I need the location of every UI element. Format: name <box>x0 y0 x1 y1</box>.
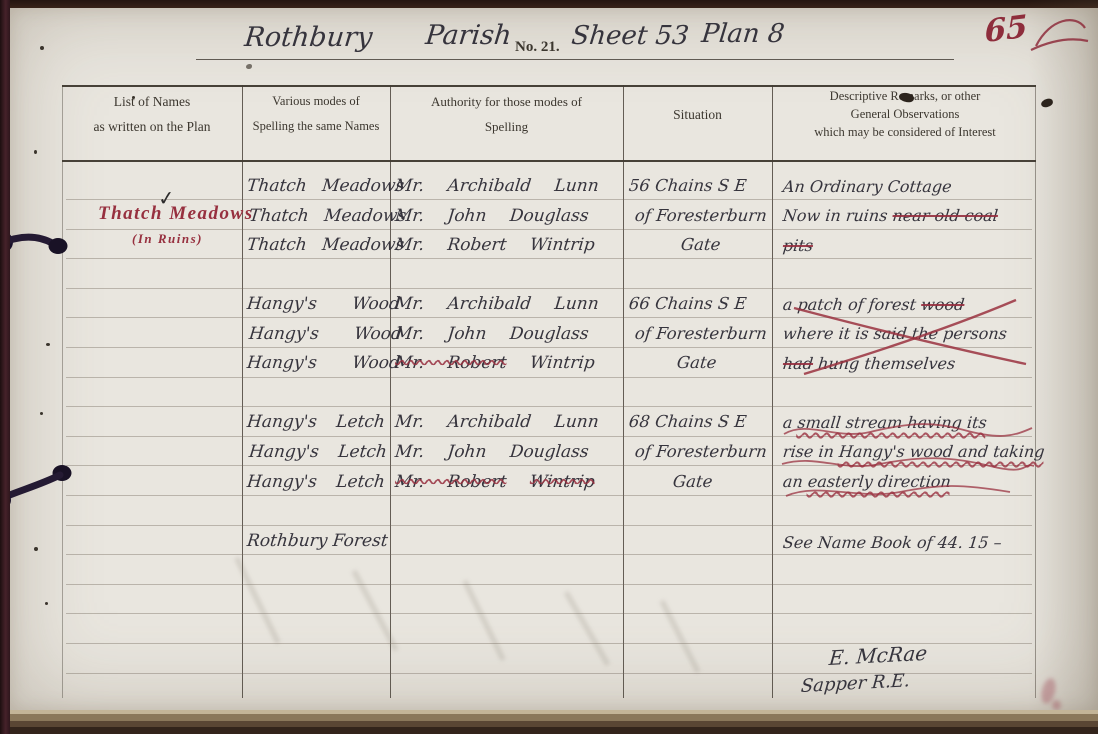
spelling-row: Hangy's Letch <box>248 442 388 462</box>
sewing-hole-dot <box>34 150 37 154</box>
table-top-rule <box>62 85 1036 87</box>
spelling-row: Hangy's Wood <box>248 324 403 344</box>
situation-line: 66 Chains S E <box>628 294 748 313</box>
sewing-hole-dot <box>46 343 50 346</box>
remark-text: Now in ruins <box>782 206 889 225</box>
feint-line <box>66 199 1032 200</box>
header-col5-line2: General Observations <box>775 108 1035 121</box>
scribbled-text: Wintrip <box>529 472 596 492</box>
spelling-row: Hangy's Letch <box>246 472 386 492</box>
red-ink-smudge <box>1052 700 1061 710</box>
authority-row: Mr. John Douglass <box>394 324 590 344</box>
header-col5-line3: which may be considered of Interest <box>775 126 1035 139</box>
plan-number-handwritten: Plan 8 <box>700 19 786 49</box>
situation-line: Gate <box>672 472 713 491</box>
header-col1-line1: List of Names <box>62 95 242 109</box>
column-divider-1 <box>242 85 243 698</box>
situation-line: 56 Chains S E <box>628 176 748 195</box>
authority-row: Mr. Robert Wintrip <box>394 472 596 492</box>
authority-row: Mr. Archibald Lunn <box>394 294 600 314</box>
spelling-row: Hangy's Letch <box>246 412 386 432</box>
page-curvature-shade <box>1028 0 1098 734</box>
red-squiggle-marks <box>778 408 1040 504</box>
corner-ink-flourish <box>1028 10 1094 60</box>
spelling-row: Thatch Meadows <box>248 206 407 226</box>
title-underline <box>196 59 954 60</box>
authority-row: Mr. Archibald Lunn <box>394 176 600 196</box>
authority-row: Mr. John Douglass <box>394 442 590 462</box>
spelling-row: Rothbury Forest <box>246 531 389 551</box>
feint-line <box>66 229 1032 230</box>
sewing-hole-dot <box>34 547 38 551</box>
situation-line: of Foresterburn <box>634 442 768 461</box>
header-col2-line2: Spelling the same Names <box>242 120 390 133</box>
plan-name-note-in-ruins: (In Ruins) <box>132 231 203 247</box>
printed-number-label: No. 21. <box>515 39 560 56</box>
feint-line <box>66 525 1032 526</box>
feint-line <box>66 554 1032 555</box>
binding-thread-bottom <box>0 458 110 514</box>
header-col2-line1: Various modes of <box>242 95 390 108</box>
struck-text: pits <box>782 236 814 255</box>
sewing-hole-dot <box>132 96 135 99</box>
scribbled-text: Mr. Robert <box>394 472 508 492</box>
scribbled-text: Mr. Robert <box>394 353 508 373</box>
authority-row: Mr. Archibald Lunn <box>394 412 600 432</box>
remark-line: See Name Book of 44. 15 – <box>782 533 1003 552</box>
header-col4-line1: Situation <box>623 108 772 122</box>
authority-row: Mr. Robert Wintrip <box>394 235 596 255</box>
table-header-bottom-rule <box>62 160 1036 162</box>
feint-line <box>66 258 1032 259</box>
binding-thread-top <box>0 222 110 268</box>
sewing-hole-dot <box>40 46 44 50</box>
spelling-row: Thatch Meadows <box>246 176 405 196</box>
situation-line: of Foresterburn <box>634 324 768 343</box>
situation-line: 68 Chains S E <box>628 412 748 431</box>
column-divider-3 <box>623 85 624 698</box>
table-right-border <box>1035 85 1036 698</box>
sewing-hole-dot <box>40 412 43 415</box>
situation-line: of Foresterburn <box>634 206 768 225</box>
spelling-row: Hangy's Wood <box>246 353 401 373</box>
authority-surname: Wintrip <box>529 353 596 373</box>
column-divider-4 <box>772 85 773 698</box>
book-cover-edge-left <box>0 0 10 734</box>
header-col3-line1: Authority for those modes of <box>390 95 623 108</box>
plan-name-thatch-meadows: Thatch Meadows <box>98 203 254 225</box>
parish-name-handwritten: Rothbury <box>243 22 374 53</box>
table-left-border <box>62 85 63 698</box>
struck-text: near old coal <box>892 206 999 225</box>
red-cross-out <box>780 290 1038 384</box>
authority-row: Mr. John Douglass <box>394 206 590 226</box>
remark-line: An Ordinary Cottage <box>782 177 953 196</box>
authority-row: Mr. Robert Wintrip <box>394 353 596 373</box>
remark-line: Now in ruins near old coal <box>782 206 999 225</box>
check-mark-ink: ✓ <box>157 185 176 212</box>
feint-line <box>66 288 1032 289</box>
page-bottom-edge <box>0 710 1098 734</box>
feint-line <box>66 613 1032 614</box>
sheet-number-handwritten: Sheet 53 <box>570 21 690 51</box>
feint-line <box>66 584 1032 585</box>
situation-line: Gate <box>676 353 717 372</box>
situation-line: Gate <box>680 235 721 254</box>
spelling-row: Thatch Meadows <box>246 235 405 255</box>
header-col1-line2: as written on the Plan <box>62 120 242 134</box>
parish-word-handwritten: Parish <box>424 20 513 51</box>
spelling-row: Hangy's Wood <box>246 294 401 314</box>
sewing-hole-dot <box>45 602 48 605</box>
corner-page-number: 65 <box>984 9 1027 50</box>
header-col3-line2: Spelling <box>390 120 623 133</box>
